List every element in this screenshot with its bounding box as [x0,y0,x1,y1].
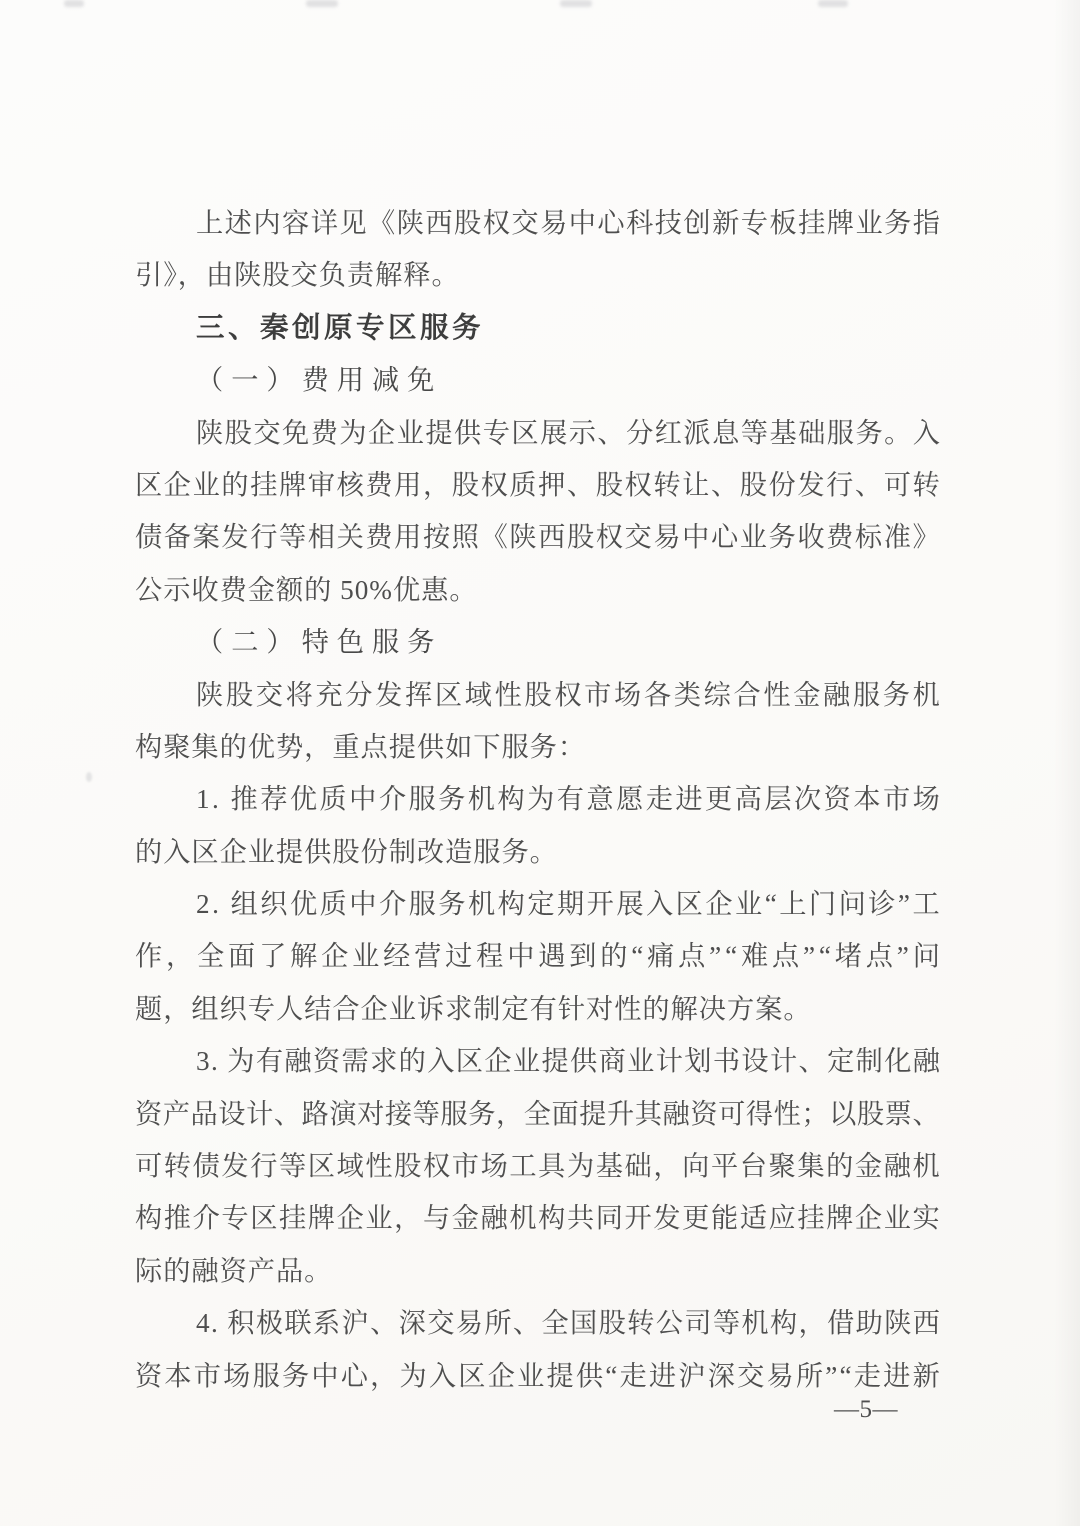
page-number: —5— [834,1396,898,1424]
body-text-line: 作，全面了解企业经营过程中遇到的“痛点”“难点”“堵点”问 [135,930,940,982]
body-text-line: 资本市场服务中心，为入区企业提供“走进沪深交易所”“走进新 [135,1350,940,1402]
scan-artifact [818,0,848,7]
subsection-heading: （一）费用减免 [135,354,940,406]
body-text-line: 陕股交将充分发挥区域性股权市场各类综合性金融服务机 [135,669,940,721]
body-text-line: 引》，由陕股交负责解释。 [135,249,940,301]
body-text-line: 构聚集的优势，重点提供如下服务： [135,721,940,773]
body-text-line: 公示收费金额的 50%优惠。 [135,564,940,616]
body-text-line: 可转债发行等区域性股权市场工具为基础，向平台聚集的金融机 [135,1140,940,1192]
body-text-line: 区企业的挂牌审核费用，股权质押、股权转让、股份发行、可转 [135,459,940,511]
body-text-line: 1. 推荐优质中介服务机构为有意愿走进更高层次资本市场 [135,773,940,825]
scan-artifact [560,0,592,7]
section-heading: 三、秦创原专区服务 [135,302,940,354]
body-text-line: 构推介专区挂牌企业，与金融机构共同开发更能适应挂牌企业实 [135,1192,940,1244]
body-text-line: 2. 组织优质中介服务机构定期开展入区企业“上门问诊”工 [135,878,940,930]
body-text-line: 4. 积极联系沪、深交易所、全国股转公司等机构，借助陕西 [135,1297,940,1349]
body-text-line: 际的融资产品。 [135,1245,940,1297]
body-text-line: 资产品设计、路演对接等服务，全面提升其融资可得性；以股票、 [135,1088,940,1140]
body-text-line: 债备案发行等相关费用按照《陕西股权交易中心业务收费标准》 [135,511,940,563]
scan-artifact [306,0,338,7]
subsection-heading: （二）特色服务 [135,616,940,668]
scanned-document-page: 上述内容详见《陕西股权交易中心科技创新专板挂牌业务指引》，由陕股交负责解释。三、… [0,0,1080,1526]
scan-speck [86,772,92,782]
document-body: 上述内容详见《陕西股权交易中心科技创新专板挂牌业务指引》，由陕股交负责解释。三、… [135,197,940,1402]
scan-artifact [64,0,84,7]
body-text-line: 陕股交免费为企业提供专区展示、分红派息等基础服务。入 [135,407,940,459]
body-text-line: 上述内容详见《陕西股权交易中心科技创新专板挂牌业务指 [135,197,940,249]
body-text-line: 的入区企业提供股份制改造服务。 [135,826,940,878]
body-text-line: 3. 为有融资需求的入区企业提供商业计划书设计、定制化融 [135,1035,940,1087]
body-text-line: 题，组织专人结合企业诉求制定有针对性的解决方案。 [135,983,940,1035]
